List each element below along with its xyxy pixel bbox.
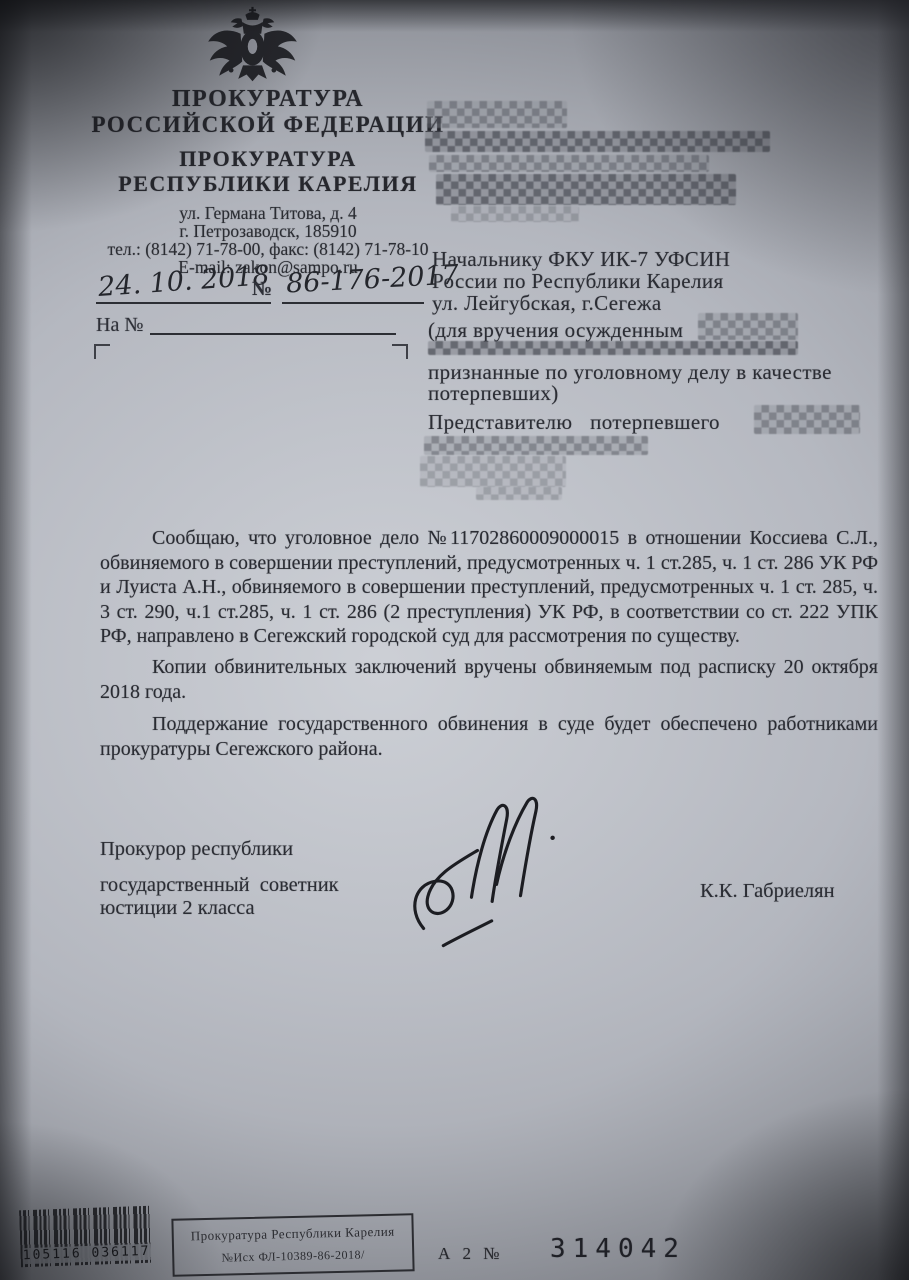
recipient-line2: России по Республики Карелия (432, 270, 724, 292)
stamp-outgoing-number: №Исх ФЛ-10389-86-2018/ (174, 1246, 412, 1266)
redacted-block (427, 101, 567, 128)
redacted-line (476, 487, 562, 500)
form-series: А 2 № (438, 1244, 504, 1264)
recipient-parenthetical-line3: потерпевших) (428, 382, 559, 404)
city-address: г. Петрозаводск, 185910 (85, 222, 451, 240)
org-regional-line1: ПРОКУРАТУРА (85, 146, 451, 171)
redacted-block (429, 155, 709, 172)
redacted-line (428, 341, 798, 355)
body-paragraph-2: Копии обвинительных заключений вручены о… (100, 655, 878, 704)
redacted-name (698, 313, 798, 340)
phone-fax: тел.: (8142) 71-78-00, факс: (8142) 71-7… (85, 240, 451, 258)
org-federal-line2: РОССИЙСКОЙ ФЕДЕРАЦИИ (85, 112, 451, 138)
body-paragraph-3: Поддержание государственного обвинения в… (100, 712, 878, 761)
number-sign: № (252, 278, 272, 301)
redacted-block (436, 174, 736, 205)
redacted-line (420, 456, 566, 487)
recipient-line1: Начальнику ФКУ ИК-7 УФСИН (432, 248, 730, 270)
form-number: 314042 (550, 1234, 686, 1264)
address-corner-mark-left (94, 344, 110, 359)
coat-of-arms-eagle-icon (205, 6, 300, 95)
handwritten-signature-icon (386, 774, 583, 969)
registration-stamp: Прокуратура Республики Карелия №Исх ФЛ-1… (171, 1213, 414, 1276)
representative-line: Представителю потерпевшего (428, 411, 720, 433)
org-federal-title: ПРОКУРАТУРА РОССИЙСКОЙ ФЕДЕРАЦИИ (85, 86, 451, 138)
street-address: ул. Германа Титова, д. 4 (85, 204, 451, 222)
signer-position-line2: государственный советник (100, 874, 339, 897)
signer-name: К.К. Габриелян (700, 880, 835, 903)
redacted-name (754, 405, 860, 434)
recipient-parenthetical-line1: (для вручения осужденным (428, 319, 683, 341)
redacted-block (451, 206, 579, 222)
redacted-block (425, 131, 770, 152)
letter-body: Сообщаю, что уголовное дело №11702860009… (100, 526, 878, 761)
redacted-line (424, 436, 648, 455)
signer-position-line1: Прокурор республики (100, 838, 293, 861)
signer-position-line3: юстиции 2 класса (100, 897, 255, 920)
stamp-organization: Прокуратура Республики Карелия (174, 1223, 412, 1244)
body-paragraph-1: Сообщаю, что уголовное дело №11702860009… (100, 526, 878, 649)
org-federal-line1: ПРОКУРАТУРА (85, 86, 451, 112)
org-regional-line2: РЕСПУБЛИКИ КАРЕЛИЯ (85, 171, 451, 196)
in-reply-underline (150, 333, 396, 335)
address-corner-mark-right (392, 344, 408, 359)
barcode-icon: 105116 036117 (19, 1206, 153, 1268)
org-regional-title: ПРОКУРАТУРА РЕСПУБЛИКИ КАРЕЛИЯ (85, 146, 451, 196)
recipient-parenthetical-line2: признанные по уголовному делу в качестве (428, 361, 832, 383)
in-reply-label: На № (96, 314, 143, 337)
recipient-line3: ул. Лейгубская, г.Сегежа (432, 292, 662, 314)
date-underline (96, 302, 271, 304)
document-photo: ПРОКУРАТУРА РОССИЙСКОЙ ФЕДЕРАЦИИ ПРОКУРА… (0, 0, 909, 1280)
number-underline (282, 302, 424, 304)
